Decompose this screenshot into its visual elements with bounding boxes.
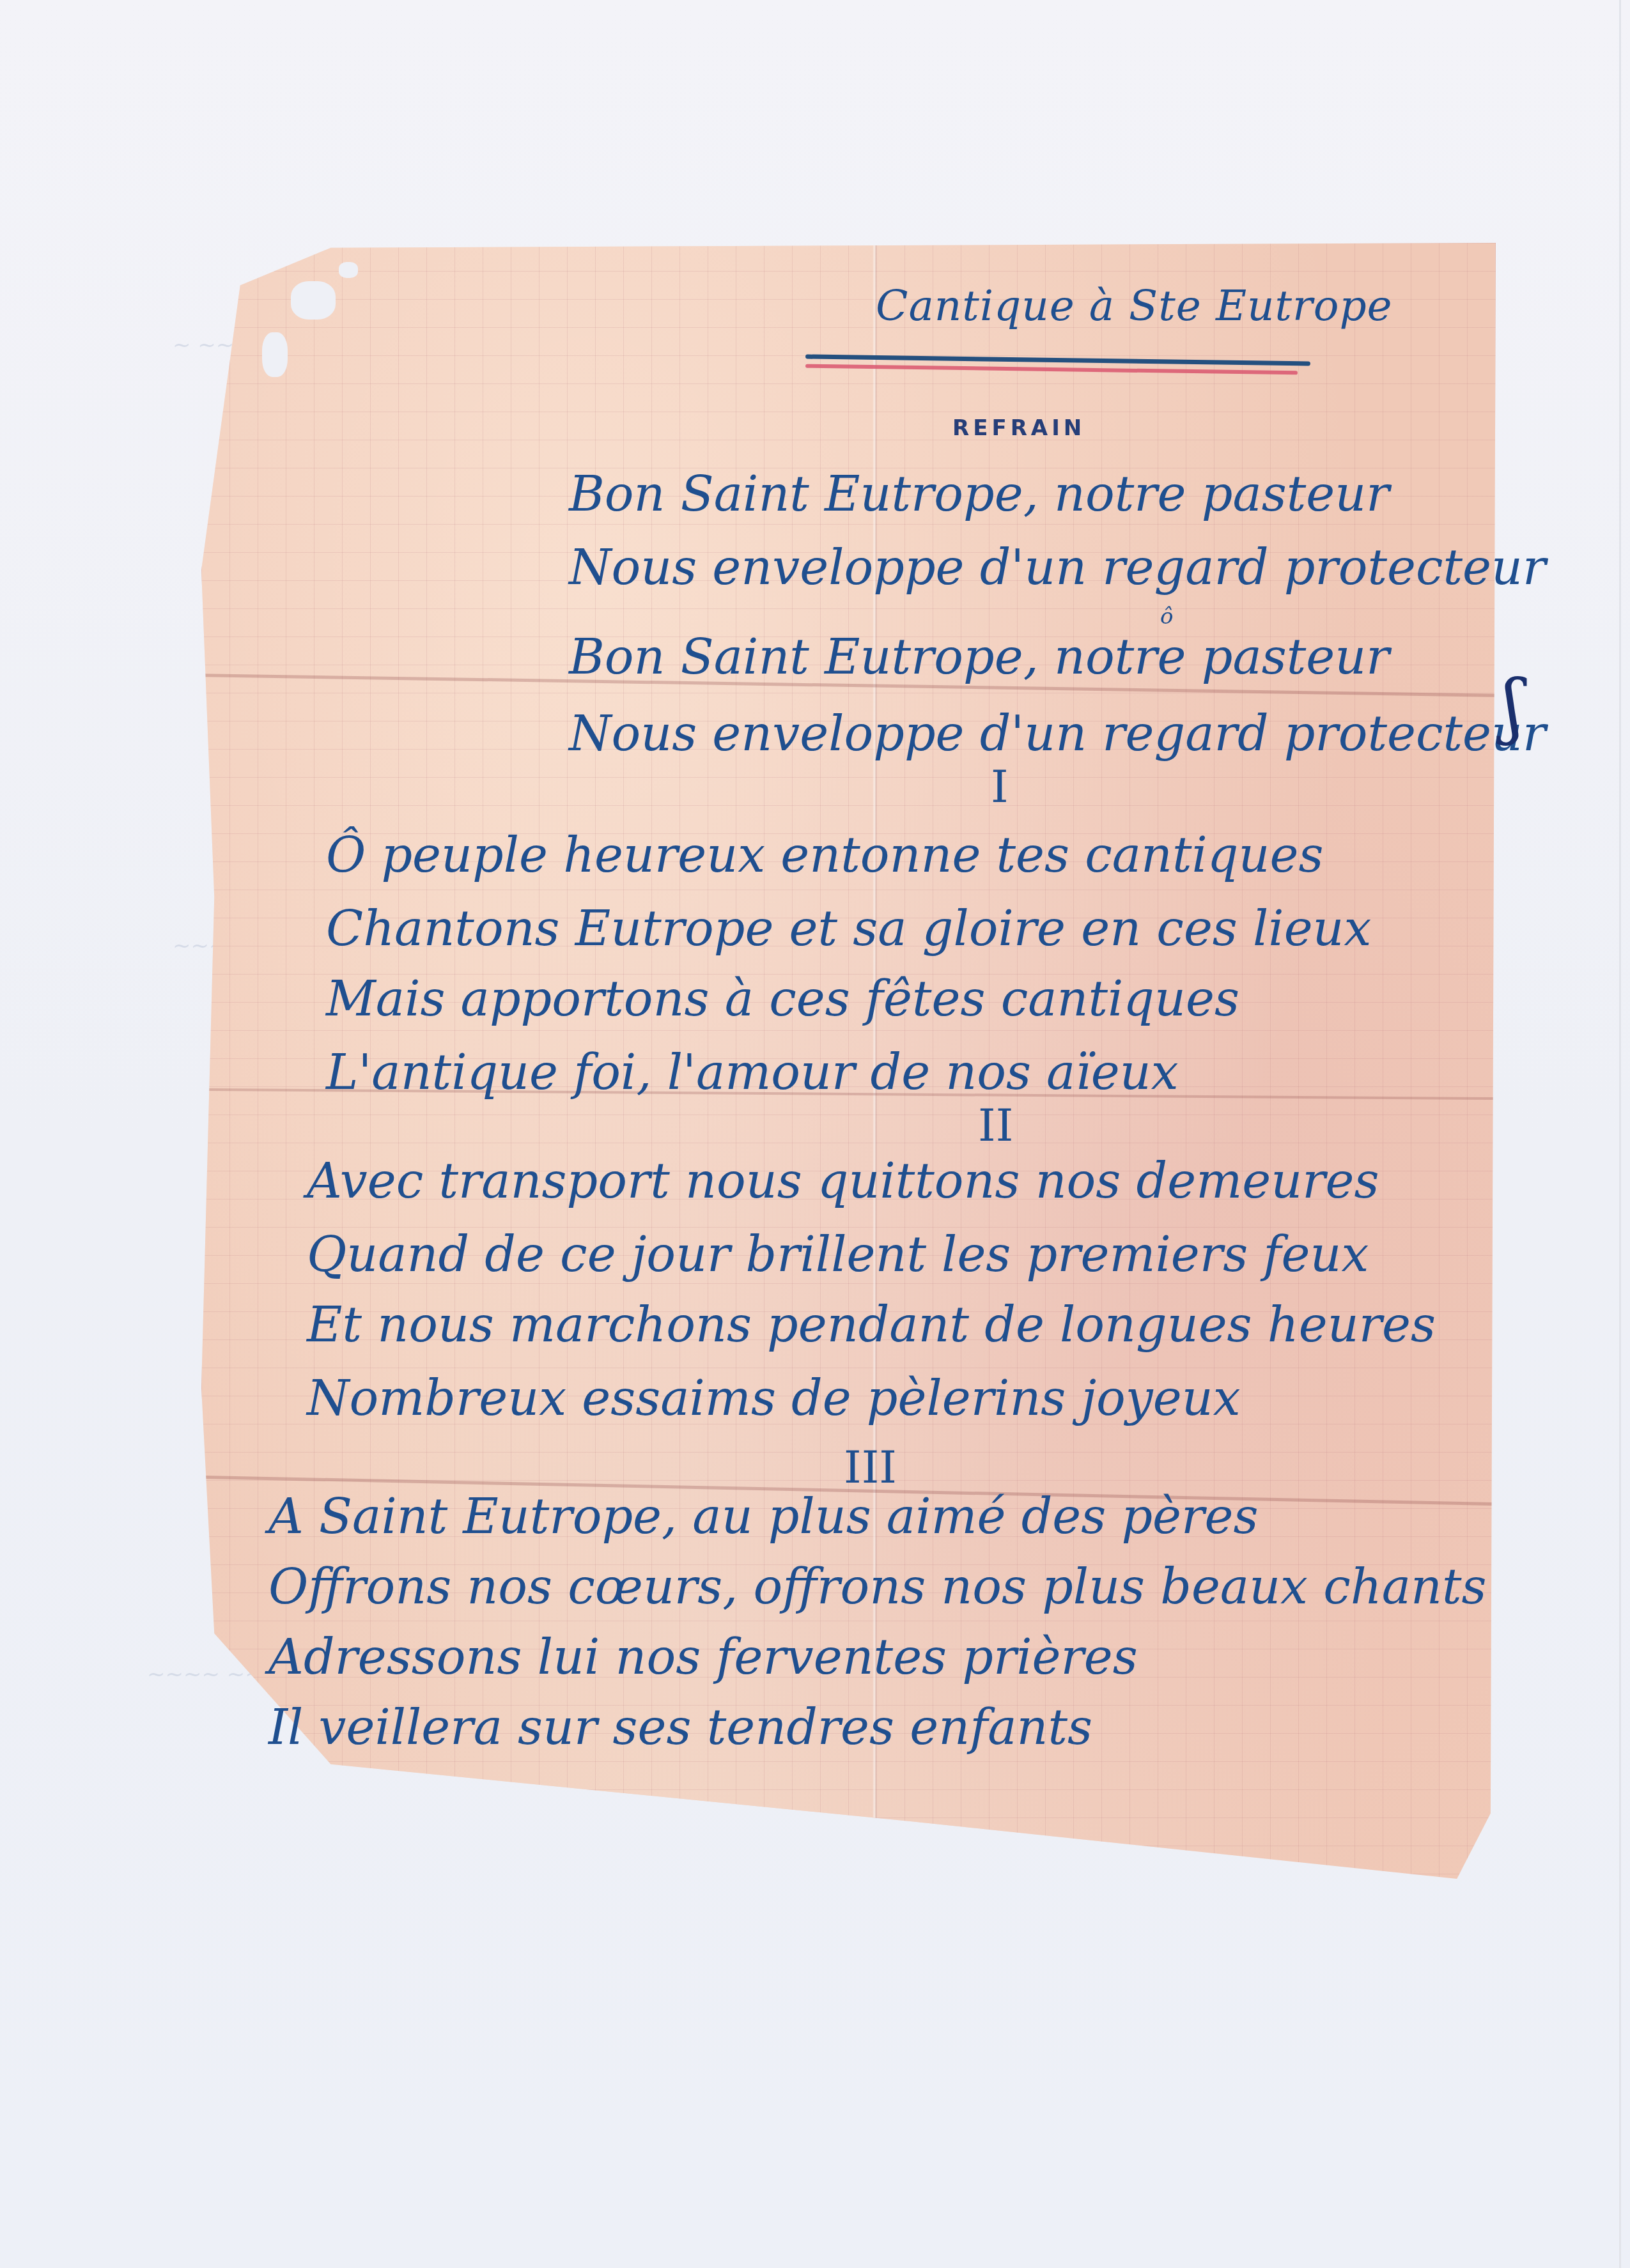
- stanza-line: Et nous marchons pendant de longues heur…: [307, 1300, 1436, 1349]
- stanza-line: Quand de ce jour brillent les premiers f…: [307, 1230, 1369, 1279]
- stanza-line: Adressons lui nos ferventes prières: [268, 1633, 1138, 1681]
- refrain-line: Bon Saint Eutrope, notre pasteur: [569, 470, 1390, 518]
- paper-tear: [339, 262, 358, 278]
- refrain-label: REFRAIN: [952, 415, 1085, 441]
- paper-tear: [262, 332, 288, 377]
- stanza-numeral: I: [991, 760, 1009, 813]
- document-title: Cantique à Ste Eutrope: [876, 281, 1393, 330]
- ink-flourish-mark: ʃ: [1503, 665, 1523, 746]
- paper-tear: [291, 281, 336, 320]
- refrain-line: Bon Saint Eutrope, notre pasteur: [569, 633, 1390, 681]
- refrain-line: Nous enveloppe d'un regard protecteur: [569, 709, 1546, 758]
- stanza-line: Mais apportons à ces fêtes cantiques: [326, 975, 1239, 1023]
- stanza-line: Offrons nos cœurs, offrons nos plus beau…: [268, 1562, 1486, 1611]
- refrain-correction: ô: [1160, 604, 1173, 629]
- stanza-line: L'antique foi, l'amour de nos aïeux: [326, 1048, 1179, 1097]
- stanza-line: Nombreux essaims de pèlerins joyeux: [307, 1374, 1241, 1423]
- refrain-line: Nous enveloppe d'un regard protecteur: [569, 543, 1546, 592]
- stanza-line: Chantons Eutrope et sa gloire en ces lie…: [326, 904, 1371, 953]
- scanner-edge-line: [1619, 0, 1621, 2268]
- stanza-line: Ô peuple heureux entonne tes cantiques: [326, 831, 1323, 879]
- stanza-line: Il veillera sur ses tendres enfants: [268, 1703, 1092, 1752]
- stanza-line: A Saint Eutrope, au plus aimé des pères: [268, 1492, 1258, 1541]
- stanza-numeral: II: [978, 1099, 1013, 1152]
- stanza-line: Avec transport nous quittons nos demeure…: [307, 1157, 1379, 1205]
- stanza-numeral: III: [844, 1441, 897, 1493]
